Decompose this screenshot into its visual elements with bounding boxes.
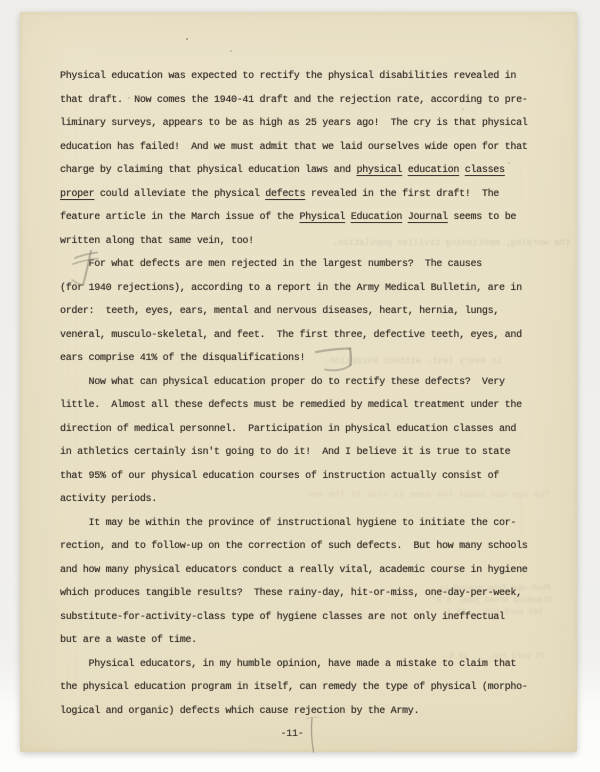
text-line: activity periods. <box>60 488 552 512</box>
text-line: which produces tangible results? These r… <box>60 582 552 606</box>
text-segment: ears comprise 41% of the disqualificatio… <box>60 353 305 364</box>
scan-background: Physical education was expected to recti… <box>0 0 600 772</box>
paper-speck <box>508 162 510 164</box>
text-segment: little. Almost all these defects must be… <box>60 400 522 411</box>
text-line: the physical education program in itself… <box>60 676 552 700</box>
text-line: logical and organic) defects which cause… <box>60 700 552 724</box>
underlined-text: Education <box>351 212 402 223</box>
text-segment: and how many physical educators conduct … <box>60 565 527 576</box>
text-segment: Physical education was expected to recti… <box>60 71 516 82</box>
text-line: but are a waste of time. <box>60 629 552 653</box>
text-segment: veneral, musculo-skeletal, and feet. The… <box>60 330 522 341</box>
underlined-text: proper <box>60 189 94 200</box>
text-segment: charge by claiming that physical educati… <box>60 165 356 176</box>
text-segment: order: teeth, eyes, ears, mental and ner… <box>60 306 499 317</box>
text-segment: that 95% of our physical education cours… <box>60 471 499 482</box>
text-line: ears comprise 41% of the disqualificatio… <box>60 347 552 371</box>
text-segment: education has failed! And we must admit … <box>60 142 527 153</box>
text-line: feature article in the March issue of th… <box>60 206 552 230</box>
text-segment: For what defects are men rejected in the… <box>60 259 482 270</box>
text-line: Physical educators, in my humble opinion… <box>60 653 552 677</box>
underlined-text: classes <box>465 165 505 176</box>
text-line: in athletics certainly isn't going to do… <box>60 441 552 465</box>
text-line: education has failed! And we must admit … <box>60 136 552 160</box>
paragraph: Physical education was expected to recti… <box>60 65 552 253</box>
text-segment: written along that same vein, too! <box>60 236 254 247</box>
text-segment: It may be within the province of instruc… <box>60 518 516 529</box>
paragraph: For what defects are men rejected in the… <box>60 253 552 371</box>
text-segment: seems to be <box>448 212 516 223</box>
text-line: Now what can physical education proper d… <box>60 371 552 395</box>
page-number: -11- <box>46 723 538 747</box>
text-segment: substitute-for-activity-class type of hy… <box>60 612 505 623</box>
text-line: For what defects are men rejected in the… <box>60 253 552 277</box>
paper-speck <box>128 97 130 99</box>
document-page: Physical education was expected to recti… <box>20 12 577 752</box>
text-line: order: teeth, eyes, ears, mental and ner… <box>60 300 552 324</box>
text-segment: logical and organic) defects which cause… <box>60 706 419 717</box>
underlined-text: defects <box>265 189 305 200</box>
text-segment: but are a waste of time. <box>60 635 197 646</box>
text-line: that 95% of our physical education cours… <box>60 465 552 489</box>
text-line: substitute-for-activity-class type of hy… <box>60 606 552 630</box>
text-segment: the physical education program in itself… <box>60 682 527 693</box>
paper-speck <box>186 38 188 40</box>
paragraph: It may be within the province of instruc… <box>60 512 552 653</box>
paragraph: Physical educators, in my humble opinion… <box>60 653 552 724</box>
underlined-text: Physical <box>299 212 345 223</box>
text-line: written along that same vein, too! <box>60 230 552 254</box>
text-line: little. Almost all these defects must be… <box>60 394 552 418</box>
text-line: Physical education was expected to recti… <box>60 65 552 89</box>
text-line: that draft. Now comes the 1940-41 draft … <box>60 89 552 113</box>
text-segment: rection, and to follow-up on the correct… <box>60 541 527 552</box>
text-segment: liminary surveys, appears to be as high … <box>60 118 527 129</box>
text-line: rection, and to follow-up on the correct… <box>60 535 552 559</box>
underlined-text: Journal <box>408 212 448 223</box>
paper-speck <box>462 108 464 110</box>
paper-speck <box>230 50 232 52</box>
text-segment: feature article in the March issue of th… <box>60 212 299 223</box>
text-line: and how many physical educators conduct … <box>60 559 552 583</box>
text-segment: (for 1940 rejections), according to a re… <box>60 283 522 294</box>
text-line: It may be within the province of instruc… <box>60 512 552 536</box>
text-segment: that draft. Now comes the 1940-41 draft … <box>60 95 527 106</box>
text-line: (for 1940 rejections), according to a re… <box>60 277 552 301</box>
text-line: veneral, musculo-skeletal, and feet. The… <box>60 324 552 348</box>
text-segment: activity periods. <box>60 494 157 505</box>
paragraph: Now what can physical education proper d… <box>60 371 552 512</box>
text-line: liminary surveys, appears to be as high … <box>60 112 552 136</box>
text-segment: direction of medical personnel. Particip… <box>60 424 516 435</box>
paper-speck <box>80 330 82 332</box>
text-segment: Now what can physical education proper d… <box>60 377 505 388</box>
text-line: proper could alleviate the physical defe… <box>60 183 552 207</box>
text-line: charge by claiming that physical educati… <box>60 159 552 183</box>
text-segment: in athletics certainly isn't going to do… <box>60 447 510 458</box>
typewritten-text: Physical education was expected to recti… <box>60 65 552 723</box>
underlined-text: education <box>408 165 459 176</box>
text-segment: which produces tangible results? These r… <box>60 588 522 599</box>
text-segment: Physical educators, in my humble opinion… <box>60 659 516 670</box>
underlined-text: physical <box>356 165 402 176</box>
text-line: direction of medical personnel. Particip… <box>60 418 552 442</box>
text-segment: revealed in the first draft! The <box>305 189 499 200</box>
text-segment: could alleviate the physical <box>94 189 265 200</box>
